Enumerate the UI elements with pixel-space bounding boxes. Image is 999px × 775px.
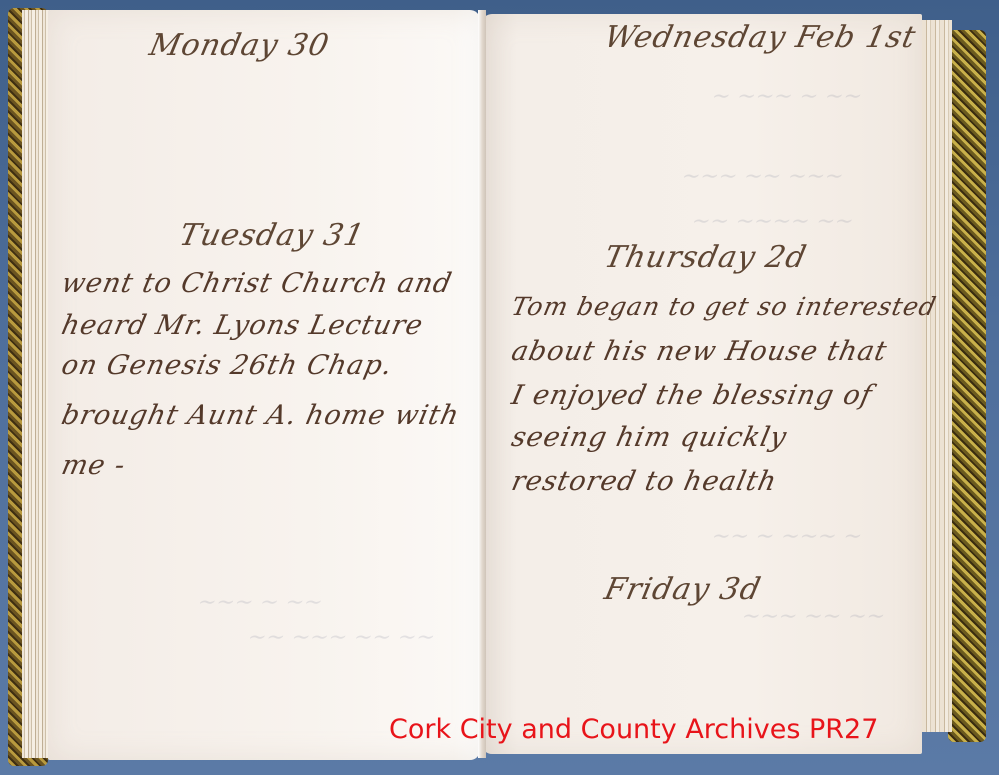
show-through-text: ~ ~~~ ~ ~~ bbox=[709, 84, 866, 109]
entry-heading-friday: Friday 3d bbox=[601, 572, 764, 607]
show-through-text: ~~~ ~ ~~ bbox=[195, 590, 326, 615]
show-through-text: ~~~ ~~ ~~ bbox=[739, 604, 889, 629]
entry-line: brought Aunt A. home with bbox=[59, 400, 463, 431]
entry-heading-tuesday: Tuesday 31 bbox=[176, 218, 368, 253]
book-gutter bbox=[478, 10, 486, 758]
entry-heading-monday: Monday 30 bbox=[146, 28, 332, 63]
entry-line: I enjoyed the blessing of bbox=[509, 380, 875, 411]
entry-line: went to Christ Church and bbox=[59, 268, 455, 299]
entry-line: restored to health bbox=[509, 466, 780, 497]
left-page: ~~~ ~ ~~ ~~ ~~~ ~~ ~~ bbox=[48, 10, 480, 760]
book-cover-right bbox=[948, 30, 986, 742]
show-through-text: ~~ ~~~ ~~ ~~ bbox=[245, 625, 439, 650]
entry-line: seeing him quickly bbox=[509, 422, 790, 453]
archive-watermark: Cork City and County Archives PR27 bbox=[389, 714, 878, 745]
show-through-text: ~~~ ~~ ~~~ bbox=[679, 164, 847, 189]
entry-line: me - bbox=[59, 450, 129, 481]
entry-heading-wednesday: Wednesday Feb 1st bbox=[601, 20, 919, 55]
entry-line: Tom began to get so interested bbox=[509, 292, 939, 321]
show-through-text: ~~ ~ ~~~ ~ bbox=[709, 524, 866, 549]
show-through-text: ~~ ~~~~ ~~ bbox=[689, 209, 857, 234]
page-edges-right bbox=[918, 20, 952, 732]
entry-line: about his new House that bbox=[509, 336, 890, 367]
entry-line: on Genesis 26th Chap. bbox=[59, 350, 396, 381]
entry-heading-thursday: Thursday 2d bbox=[601, 240, 810, 275]
entry-line: heard Mr. Lyons Lecture bbox=[59, 310, 427, 341]
